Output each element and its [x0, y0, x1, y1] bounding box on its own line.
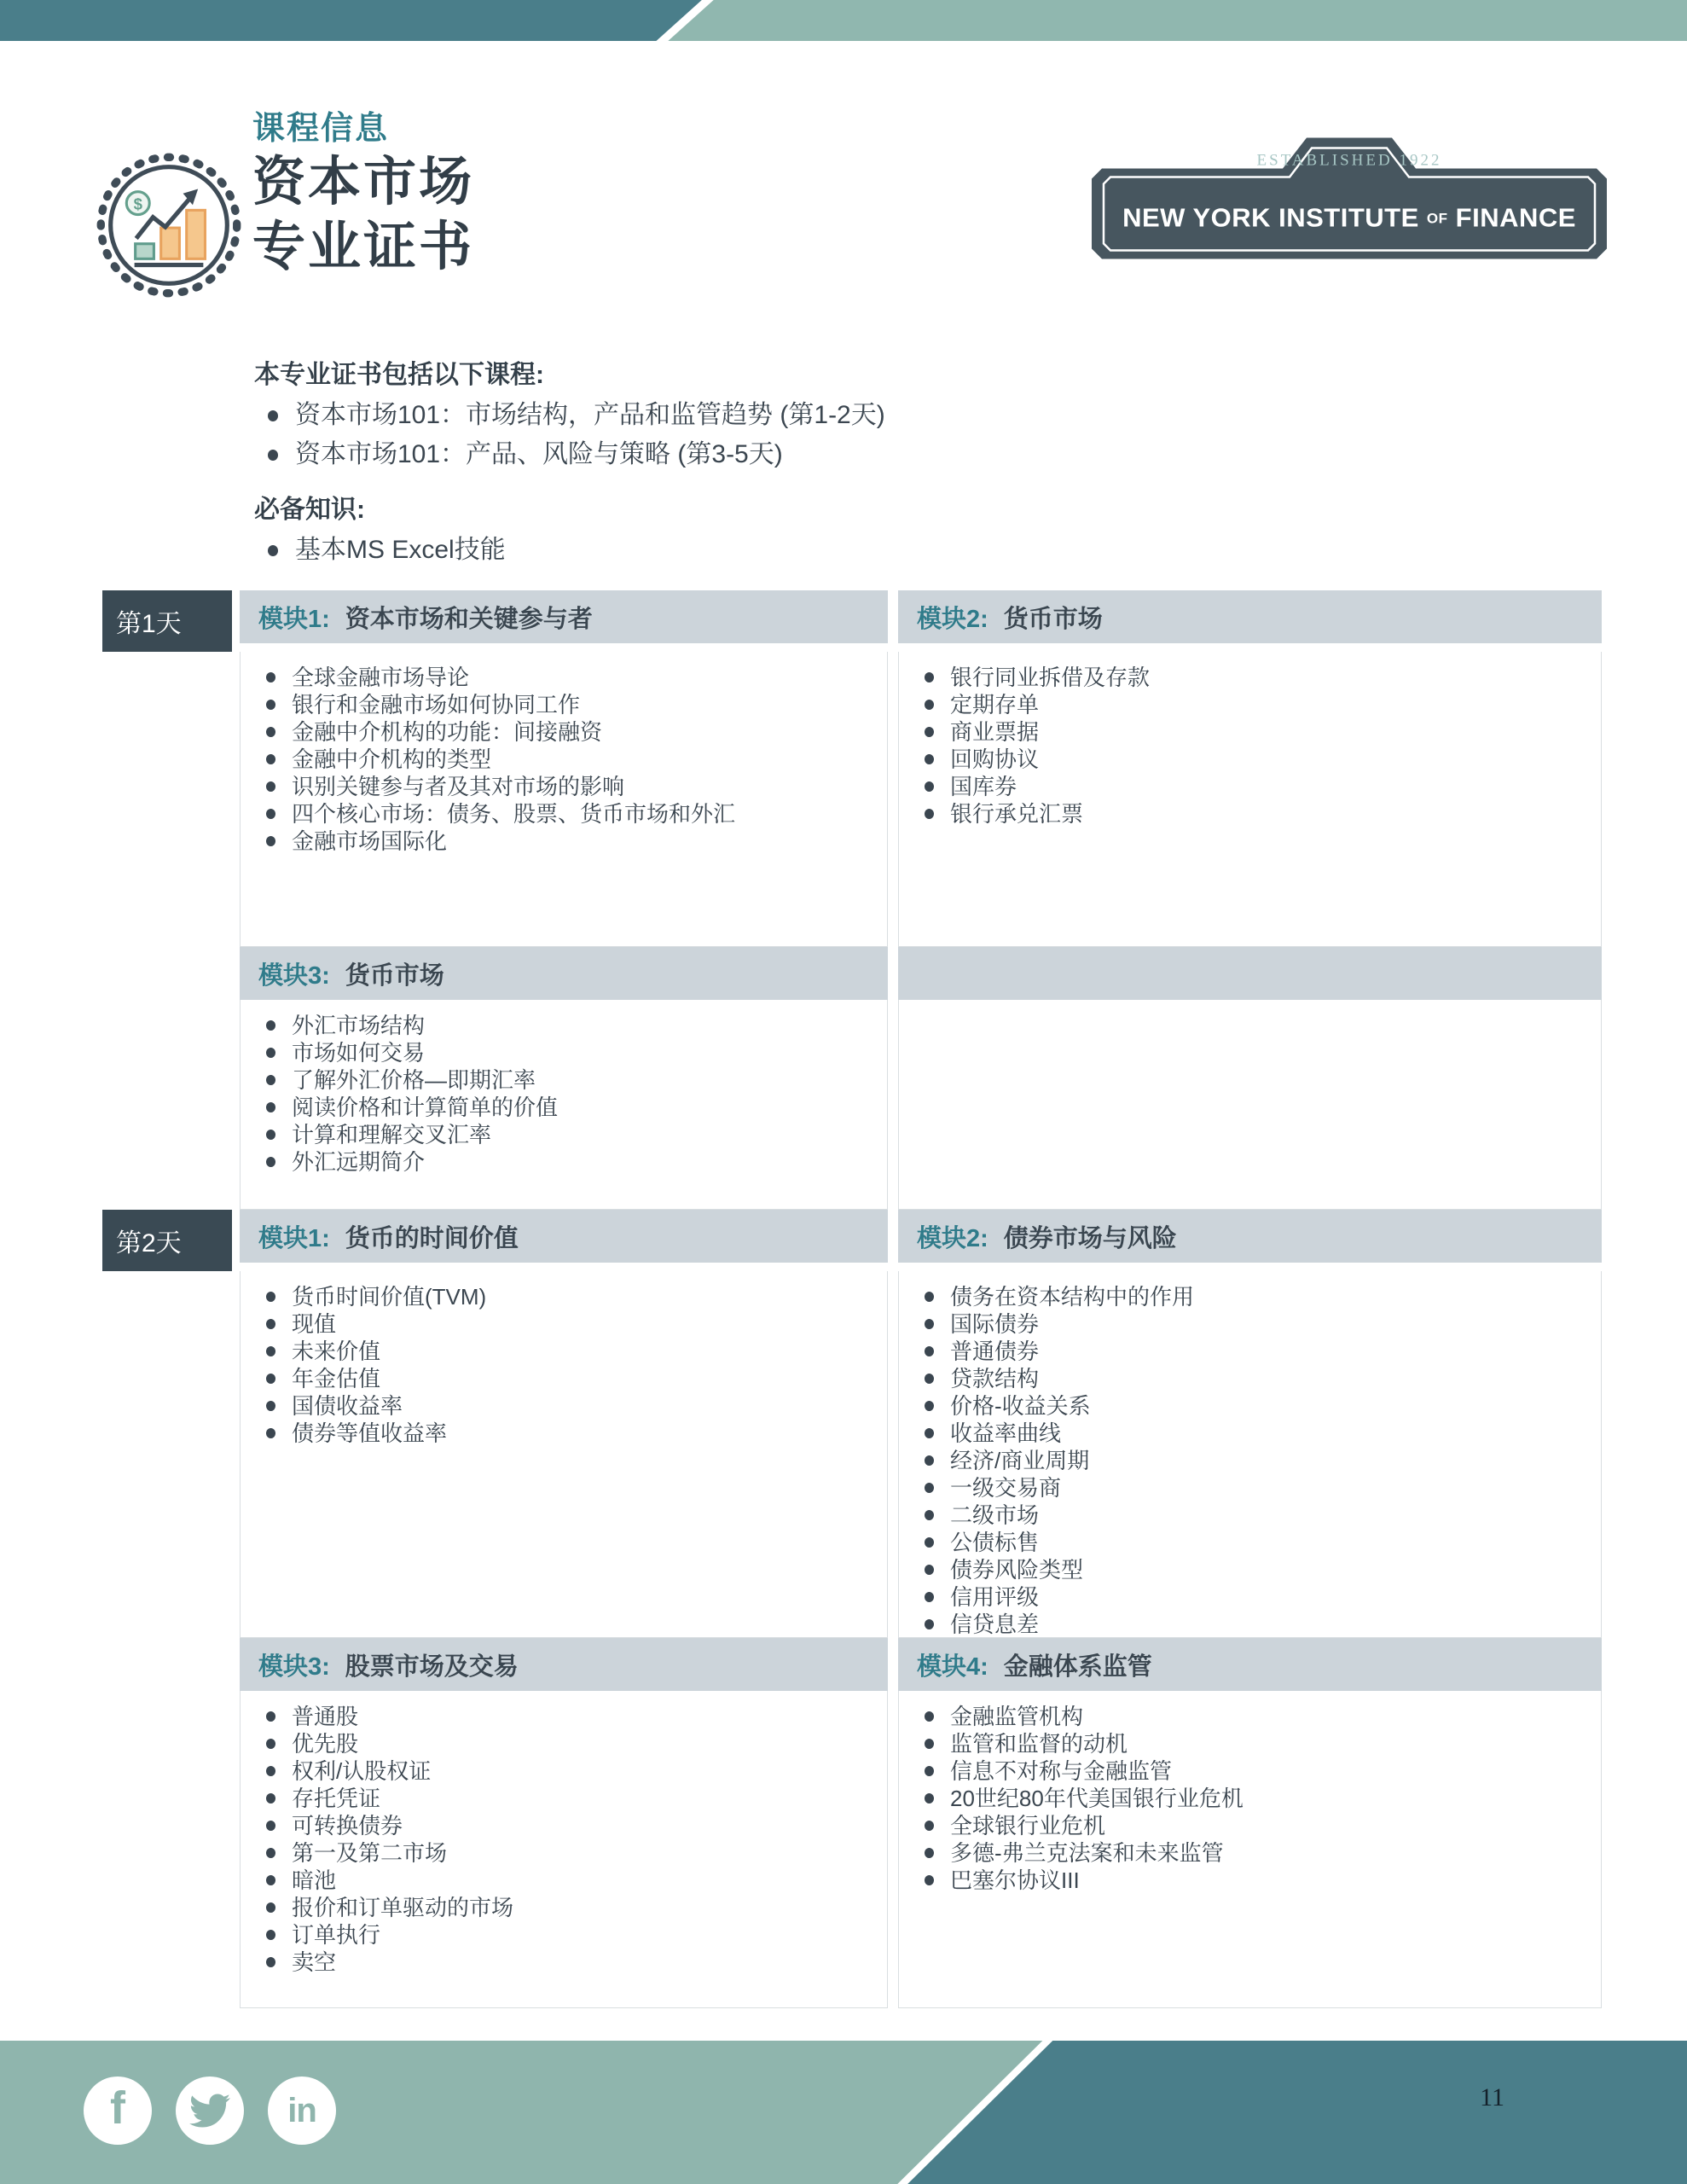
linkedin-glyph: in: [287, 2092, 316, 2130]
topic-list: 债务在资本结构中的作用国际债券普通债券贷款结构价格-收益关系收益率曲线经济/商业…: [899, 1271, 1601, 1638]
list-item: 国际债券: [916, 1310, 1589, 1338]
list-item: 报价和订单驱动的市场: [258, 1894, 875, 1921]
module-number-label: 模块2:: [917, 1219, 988, 1254]
list-item: 回购协议: [916, 746, 1589, 773]
twitter-bird-glyph: [189, 2090, 230, 2131]
module-content-cell-empty: [898, 1000, 1602, 1210]
list-item: 金融监管机构: [916, 1703, 1589, 1730]
list-item: 银行和金融市场如何协同工作: [258, 691, 875, 718]
page-title-line1: 资本市场: [252, 150, 474, 215]
module-content-cell: 普通股优先股权利/认股权证存托凭证可转换债券第一及第二市场暗池报价和订单驱动的市…: [240, 1691, 888, 2008]
list-item: 收益率曲线: [916, 1420, 1589, 1447]
list-item: 价格-收益关系: [916, 1392, 1589, 1420]
topic-list: 金融监管机构监管和监督的动机信息不对称与金融监管20世纪80年代美国银行业危机全…: [899, 1691, 1601, 1894]
list-item: 国库券: [916, 773, 1589, 800]
page-title-line2: 专业证书: [252, 215, 474, 280]
list-item: 第一及第二市场: [258, 1839, 875, 1867]
module-content-cell: 金融监管机构监管和监督的动机信息不对称与金融监管20世纪80年代美国银行业危机全…: [898, 1691, 1602, 2008]
list-item: 商业票据: [916, 718, 1589, 746]
facebook-glyph: f: [110, 2082, 125, 2140]
list-item: 经济/商业周期: [916, 1447, 1589, 1474]
list-item: 卖空: [258, 1949, 875, 1976]
list-item: 现值: [258, 1310, 875, 1338]
list-item: 外汇远期简介: [258, 1148, 875, 1176]
top-accent-band: [0, 0, 1687, 41]
footer-band: f in 11: [0, 2041, 1687, 2184]
list-item: 金融市场国际化: [258, 828, 875, 855]
module-number-label: 模块3:: [258, 1647, 330, 1682]
list-item: 可转换债券: [258, 1812, 875, 1839]
module-header-empty: [898, 947, 1602, 1000]
list-item: 全球银行业危机: [916, 1812, 1589, 1839]
list-item: 存托凭证: [258, 1785, 875, 1812]
list-item: 债务在资本结构中的作用: [916, 1283, 1589, 1310]
module-content-cell: 债务在资本结构中的作用国际债券普通债券贷款结构价格-收益关系收益率曲线经济/商业…: [898, 1271, 1602, 1638]
schedule-table: 第1天 模块1: 资本市场和关键参与者 模块2: 货币市场 全球金融市场导论银行…: [102, 590, 1602, 2008]
module-header: 模块1: 资本市场和关键参与者: [240, 590, 888, 643]
list-item: 债券等值收益率: [258, 1420, 875, 1447]
list-item: 二级市场: [916, 1501, 1589, 1529]
list-item: 金融中介机构的类型: [258, 746, 875, 773]
day-label-2: 第2天: [102, 1210, 232, 1271]
module-header: 模块3: 货币市场: [240, 947, 888, 1000]
module-header: 模块2: 货币市场: [898, 590, 1602, 643]
list-item: 暗池: [258, 1867, 875, 1894]
module-number-label: 模块2:: [917, 600, 988, 635]
prereq-list: 基本MS Excel技能: [254, 531, 1363, 570]
list-item: 贷款结构: [916, 1365, 1589, 1392]
nyif-logo: ESTABLISHED 1922 NEW YORK INSTITUTE OF F…: [1085, 125, 1614, 268]
topic-list: 外汇市场结构市场如何交易了解外汇价格—即期汇率阅读价格和计算简单的价值计算和理解…: [241, 1000, 887, 1176]
module-title: 债券市场与风险: [1004, 1219, 1177, 1254]
module-title: 资本市场和关键参与者: [345, 600, 593, 635]
module-header: 模块2: 债券市场与风险: [898, 1210, 1602, 1263]
list-item: 识别关键参与者及其对市场的影响: [258, 773, 875, 800]
list-item: 了解外汇价格—即期汇率: [258, 1066, 875, 1094]
list-item: 货币时间价值(TVM): [258, 1283, 875, 1310]
module-title: 股票市场及交易: [345, 1647, 519, 1682]
certificate-chart-badge-icon: $: [94, 150, 244, 300]
course-list: 资本市场101：市场结构，产品和监管趋势 (第1-2天)资本市场101：产品、风…: [254, 396, 1363, 474]
module-number-label: 模块3:: [258, 956, 330, 991]
list-item: 一级交易商: [916, 1474, 1589, 1501]
module-title: 金融体系监管: [1004, 1647, 1152, 1682]
module-number-label: 模块1:: [258, 1219, 330, 1254]
list-item: 订单执行: [258, 1921, 875, 1949]
list-item: 监管和监督的动机: [916, 1730, 1589, 1757]
brochure-page: $ 课程信息 资本市场 专业证书 ESTABLISHED 1922 NEW YO…: [0, 0, 1687, 2184]
topic-list: 银行同业拆借及存款定期存单商业票据回购协议国库券银行承兑汇票: [899, 652, 1601, 828]
intro-section: 本专业证书包括以下课程: 资本市场101：市场结构，产品和监管趋势 (第1-2天…: [254, 357, 1363, 570]
svg-text:$: $: [134, 195, 143, 212]
list-item: 信贷息差: [916, 1611, 1589, 1638]
list-item: 银行承兑汇票: [916, 800, 1589, 828]
list-item: 多德-弗兰克法案和未来监管: [916, 1839, 1589, 1867]
module-content-cell: 货币时间价值(TVM)现值未来价值年金估值国债收益率债券等值收益率: [240, 1271, 888, 1638]
list-item: 市场如何交易: [258, 1039, 875, 1066]
module-number-label: 模块1:: [258, 600, 330, 635]
prereq-heading: 必备知识:: [254, 491, 1363, 529]
social-links: f in: [84, 2077, 336, 2145]
page-number: 11: [1480, 2083, 1504, 2112]
module-number-label: 模块4:: [917, 1647, 988, 1682]
list-item: 信用评级: [916, 1583, 1589, 1611]
module-title: 货币市场: [345, 956, 444, 991]
module-title: 货币市场: [1004, 600, 1103, 635]
list-item: 债券风险类型: [916, 1556, 1589, 1583]
list-item: 年金估值: [258, 1365, 875, 1392]
module-content-cell: 全球金融市场导论银行和金融市场如何协同工作金融中介机构的功能：间接融资金融中介机…: [240, 652, 888, 947]
module-header: 模块1: 货币的时间价值: [240, 1210, 888, 1263]
list-item: 公债标售: [916, 1529, 1589, 1556]
linkedin-icon[interactable]: in: [268, 2077, 336, 2145]
list-item: 资本市场101：产品、风险与策略 (第3-5天): [254, 435, 1363, 474]
list-item: 银行同业拆借及存款: [916, 664, 1589, 691]
list-item: 全球金融市场导论: [258, 664, 875, 691]
topic-list: 普通股优先股权利/认股权证存托凭证可转换债券第一及第二市场暗池报价和订单驱动的市…: [241, 1691, 887, 1976]
list-item: 资本市场101：市场结构，产品和监管趋势 (第1-2天): [254, 396, 1363, 435]
module-header: 模块3: 股票市场及交易: [240, 1638, 888, 1691]
list-item: 阅读价格和计算简单的价值: [258, 1094, 875, 1121]
list-item: 四个核心市场：债务、股票、货币市场和外汇: [258, 800, 875, 828]
day-label-1: 第1天: [102, 590, 232, 652]
topic-list: 货币时间价值(TVM)现值未来价值年金估值国债收益率债券等值收益率: [241, 1271, 887, 1447]
list-item: 权利/认股权证: [258, 1757, 875, 1785]
facebook-icon[interactable]: f: [84, 2077, 152, 2145]
list-item: 国债收益率: [258, 1392, 875, 1420]
twitter-icon[interactable]: [176, 2077, 244, 2145]
topic-list: 全球金融市场导论银行和金融市场如何协同工作金融中介机构的功能：间接融资金融中介机…: [241, 652, 887, 855]
list-item: 计算和理解交叉汇率: [258, 1121, 875, 1148]
logo-name-text: NEW YORK INSTITUTE OF FINANCE: [1122, 200, 1576, 233]
list-item: 20世纪80年代美国银行业危机: [916, 1785, 1589, 1812]
courses-heading: 本专业证书包括以下课程:: [254, 357, 1363, 394]
list-item: 巴塞尔协议III: [916, 1867, 1589, 1894]
list-item: 未来价值: [258, 1338, 875, 1365]
module-title: 货币的时间价值: [345, 1219, 519, 1254]
module-content-cell: 银行同业拆借及存款定期存单商业票据回购协议国库券银行承兑汇票: [898, 652, 1602, 947]
module-content-cell: 外汇市场结构市场如何交易了解外汇价格—即期汇率阅读价格和计算简单的价值计算和理解…: [240, 1000, 888, 1210]
list-item: 外汇市场结构: [258, 1012, 875, 1039]
list-item: 普通股: [258, 1703, 875, 1730]
list-item: 信息不对称与金融监管: [916, 1757, 1589, 1785]
list-item: 基本MS Excel技能: [254, 531, 1363, 570]
course-info-eyebrow: 课程信息: [252, 107, 474, 150]
module-header: 模块4: 金融体系监管: [898, 1638, 1602, 1691]
list-item: 定期存单: [916, 691, 1589, 718]
list-item: 优先股: [258, 1730, 875, 1757]
list-item: 金融中介机构的功能：间接融资: [258, 718, 875, 746]
list-item: 普通债券: [916, 1338, 1589, 1365]
logo-established-text: ESTABLISHED 1922: [1257, 152, 1442, 170]
